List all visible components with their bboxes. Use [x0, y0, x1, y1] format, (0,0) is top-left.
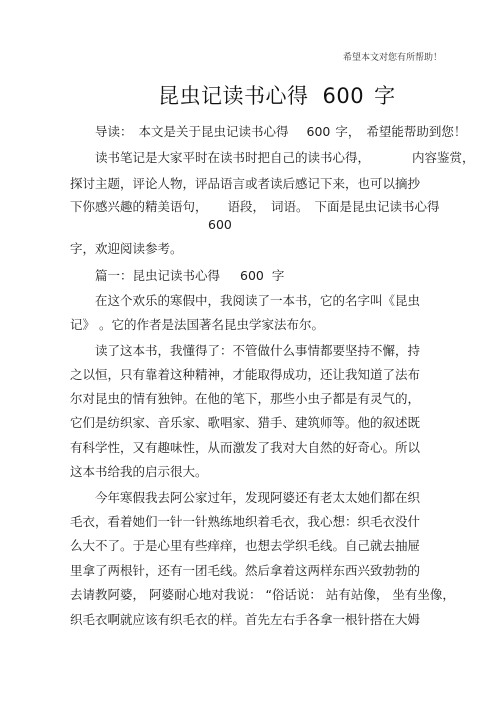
intro-paragraph-line-2: 探讨主题，评论人物，评品语言或者读后感记下来，也可以摘抄: [70, 176, 420, 192]
body-line: 么大不了。于是心里有些痒痒，也想去学织毛线。自己就去抽屉: [70, 538, 420, 554]
body-line: 里拿了两根针，还有一团毛线。然后拿着这两样东西兴致勃勃的: [70, 563, 420, 579]
title-count: 600: [323, 84, 365, 108]
title-unit: 字: [374, 84, 396, 108]
body-line: 尔对昆虫的情有独钟。在他的笔下，那些小虫子都是有灵气的，: [70, 391, 420, 407]
body-line: 这本书给我的启示很大。: [70, 464, 208, 480]
body-line: 有科学性，又有趣味性，从而激发了我对大自然的好奇心。所以: [70, 440, 420, 456]
header-note: 希望本文对您有所帮助！: [343, 50, 442, 63]
title-main: 昆虫记读书心得: [158, 84, 309, 108]
body-line: 今年寒假我去阿公家过年，发现阿婆还有老太太她们都在织: [95, 490, 420, 506]
intro-paragraph-line-1: 读书笔记是大家平时在读书时把自己的读书心得，内容鉴赏，: [95, 150, 475, 166]
section-heading: 篇一：昆虫记读书心得600字: [95, 268, 284, 284]
body-line: 记》 。它的作者是法国著名昆虫学家法布尔。: [70, 317, 324, 333]
body-line: 它们是纺织家、音乐家、歌唱家、猎手、建筑师等。他的叙述既: [70, 415, 420, 431]
body-line: 之以恒，只有靠着这种精神，才能取得成功，还让我知道了法布: [70, 367, 420, 383]
page-title: 昆虫记读书心得600字: [158, 80, 396, 110]
intro-paragraph-line-3: 下你感兴趣的精美语句，语段，词语。下面是昆虫记读书心得: [70, 199, 440, 215]
intro-paragraph-line-4: 字，欢迎阅读参考。: [70, 241, 183, 257]
intro-guide: 导读：本文是关于昆虫记读书心得600字，希望能帮助到您！: [95, 124, 466, 140]
body-line: 毛衣，看着她们一针一针熟练地织着毛衣，我心想：织毛衣没什: [70, 514, 420, 530]
intro-paragraph-number: 600: [208, 217, 232, 233]
body-line: 在这个欢乐的寒假中，我阅读了一本书，它的名字叫《昆虫: [95, 293, 420, 309]
body-line: 织毛衣啊就应该有织毛衣的样。首先左右手各拿一根针搭在大姆: [70, 612, 420, 628]
body-line: 去请教阿婆， 阿婆耐心地对我说： “俗话说： 站有站像， 坐有坐像，: [70, 587, 455, 603]
body-line: 读了这本书，我懂得了：不管做什么事情都要坚持不懈，持: [95, 343, 420, 359]
